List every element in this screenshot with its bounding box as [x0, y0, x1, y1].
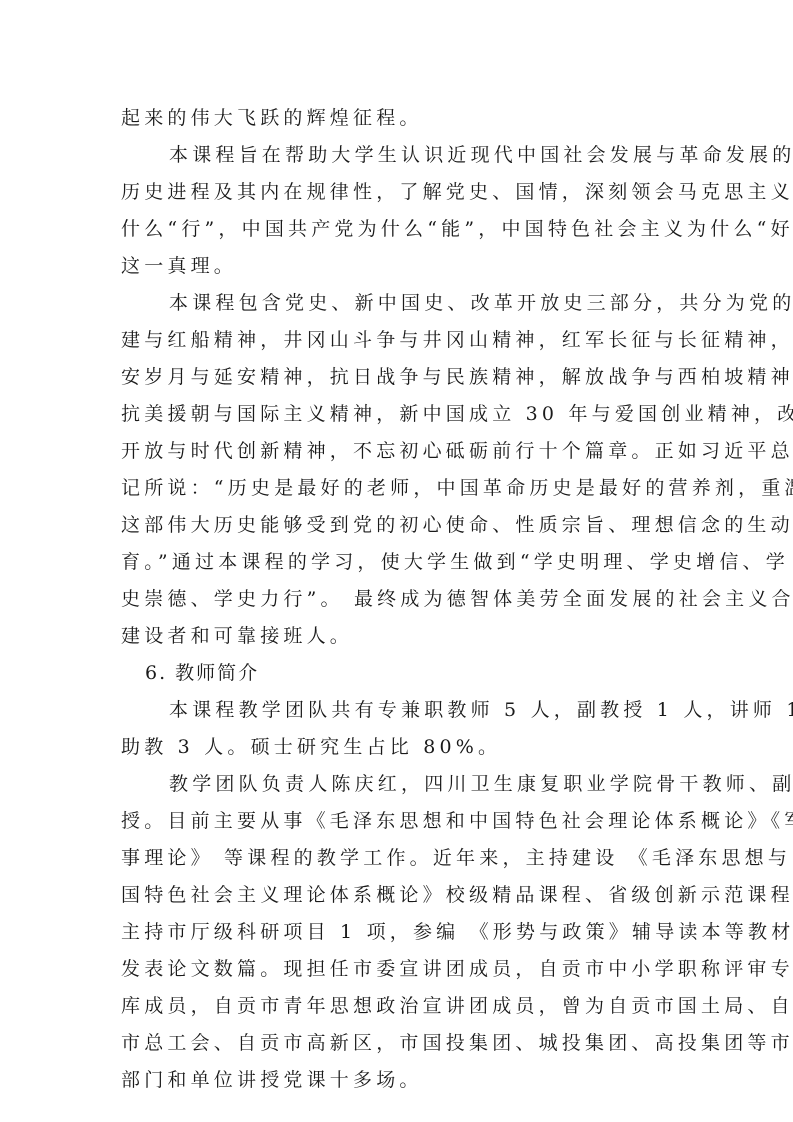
paragraph-leader-line-1: 教学团队负责人陈庆红，四川卫生康复职业学院骨干教师、副教 [121, 766, 677, 803]
document-page: 起来的伟大飞跃的辉煌征程。 本课程旨在帮助大学生认识近现代中国社会发展与革命发展… [121, 100, 677, 1099]
line-text: 部门和单位讲授党课十多场。 [121, 1069, 423, 1091]
paragraph-leader-line-8: 市总工会、自贡市高新区，市国投集团、城投集团、高投集团等市级 [121, 1025, 677, 1062]
paragraph-course-content-line-6: 记所说：“历史是最好的老师，中国革命历史是最好的营养剂，重温 [121, 470, 677, 507]
line-text: 助教 3 人。硕士研究生占比 80%。 [121, 736, 501, 758]
line-text: 这部伟大历史能够受到党的初心使命、性质宗旨、理想信念的生动教 [121, 507, 677, 544]
paragraph-leader-line-7: 库成员，自贡市青年思想政治宣讲团成员，曾为自贡市国土局、自贡 [121, 988, 677, 1025]
paragraph-course-content-line-8: 育。”通过本课程的学习，使大学生做到“学史明理、学史增信、学 [121, 544, 677, 581]
line-text: 什么“行”，中国共产党为什么“能”，中国特色社会主义为什么“好” [121, 211, 677, 248]
paragraph-leader-line-2: 授。目前主要从事《毛泽东思想和中国特色社会理论体系概论》《军 [121, 803, 677, 840]
line-text: 库成员，自贡市青年思想政治宣讲团成员，曾为自贡市国土局、自贡 [121, 988, 677, 1025]
paragraph-course-content-line-10: 建设者和可靠接班人。 [121, 618, 677, 655]
paragraph-team-line-1: 本课程教学团队共有专兼职教师 5 人，副教授 1 人，讲师 1 人， [121, 692, 677, 729]
paragraph-leader-line-5: 主持市厅级科研项目 1 项，参编 《形势与政策》辅导读本等教材， [121, 914, 677, 951]
line-text: 本课程包含党史、新中国史、改革开放史三部分，共分为党的创 [169, 285, 677, 322]
line-text: 本课程教学团队共有专兼职教师 5 人，副教授 1 人，讲师 1 人， [169, 692, 677, 729]
paragraph-course-aim-line-1: 本课程旨在帮助大学生认识近现代中国社会发展与革命发展的 [121, 137, 677, 174]
paragraph-course-content-line-9: 史崇德、学史力行”。 最终成为德智体美劳全面发展的社会主义合格 [121, 581, 677, 618]
line-text: 史崇德、学史力行”。 最终成为德智体美劳全面发展的社会主义合格 [121, 581, 677, 618]
paragraph-course-aim-line-4: 这一真理。 [121, 248, 677, 285]
section-heading-teacher-intro: 6. 教师简介 [121, 655, 677, 692]
paragraph-course-content-line-1: 本课程包含党史、新中国史、改革开放史三部分，共分为党的创 [121, 285, 677, 322]
line-text: 记所说：“历史是最好的老师，中国革命历史是最好的营养剂，重温 [121, 470, 677, 507]
paragraph-course-aim-line-2: 历史进程及其内在规律性，了解党史、国情，深刻领会马克思主义为 [121, 174, 677, 211]
paragraph-course-content-line-7: 这部伟大历史能够受到党的初心使命、性质宗旨、理想信念的生动教 [121, 507, 677, 544]
line-text: 事理论》 等课程的教学工作。近年来，主持建设 《毛泽东思想与中 [121, 840, 677, 877]
paragraph-course-content-line-5: 开放与时代创新精神，不忘初心砥砺前行十个篇章。正如习近平总书 [121, 433, 677, 470]
text-line-paragraph-end: 起来的伟大飞跃的辉煌征程。 [121, 100, 677, 137]
paragraph-leader-line-6: 发表论文数篇。现担任市委宣讲团成员，自贡市中小学职称评审专家 [121, 951, 677, 988]
paragraph-leader-line-3: 事理论》 等课程的教学工作。近年来，主持建设 《毛泽东思想与中 [121, 840, 677, 877]
line-text: 抗美援朝与国际主义精神，新中国成立 30 年与爱国创业精神，改革 [121, 396, 677, 433]
line-text: 本课程旨在帮助大学生认识近现代中国社会发展与革命发展的 [169, 137, 677, 174]
line-text: 起来的伟大飞跃的辉煌征程。 [121, 107, 423, 129]
paragraph-course-content-line-4: 抗美援朝与国际主义精神，新中国成立 30 年与爱国创业精神，改革 [121, 396, 677, 433]
line-text: 建设者和可靠接班人。 [121, 625, 353, 647]
paragraph-course-aim-line-3: 什么“行”，中国共产党为什么“能”，中国特色社会主义为什么“好” [121, 211, 677, 248]
line-text: 授。目前主要从事《毛泽东思想和中国特色社会理论体系概论》《军 [121, 803, 677, 840]
paragraph-course-content-line-3: 安岁月与延安精神，抗日战争与民族精神，解放战争与西柏坡精神， [121, 359, 677, 396]
line-text: 这一真理。 [121, 255, 237, 277]
line-text: 主持市厅级科研项目 1 项，参编 《形势与政策》辅导读本等教材， [121, 914, 677, 951]
line-text: 历史进程及其内在规律性，了解党史、国情，深刻领会马克思主义为 [121, 174, 677, 211]
line-text: 建与红船精神，井冈山斗争与井冈山精神，红军长征与长征精神，延 [121, 322, 677, 359]
line-text: 国特色社会主义理论体系概论》校级精品课程、省级创新示范课程， [121, 877, 677, 914]
paragraph-team-line-2: 助教 3 人。硕士研究生占比 80%。 [121, 729, 677, 766]
line-text: 安岁月与延安精神，抗日战争与民族精神，解放战争与西柏坡精神， [121, 359, 677, 396]
paragraph-course-content-line-2: 建与红船精神，井冈山斗争与井冈山精神，红军长征与长征精神，延 [121, 322, 677, 359]
line-text: 开放与时代创新精神，不忘初心砥砺前行十个篇章。正如习近平总书 [121, 433, 677, 470]
line-text: 市总工会、自贡市高新区，市国投集团、城投集团、高投集团等市级 [121, 1025, 677, 1062]
heading-text: 6. 教师简介 [145, 662, 259, 684]
paragraph-leader-line-9: 部门和单位讲授党课十多场。 [121, 1062, 677, 1099]
line-text: 发表论文数篇。现担任市委宣讲团成员，自贡市中小学职称评审专家 [121, 951, 677, 988]
line-text: 育。”通过本课程的学习，使大学生做到“学史明理、学史增信、学 [121, 544, 677, 581]
line-text: 教学团队负责人陈庆红，四川卫生康复职业学院骨干教师、副教 [169, 766, 677, 803]
paragraph-leader-line-4: 国特色社会主义理论体系概论》校级精品课程、省级创新示范课程， [121, 877, 677, 914]
